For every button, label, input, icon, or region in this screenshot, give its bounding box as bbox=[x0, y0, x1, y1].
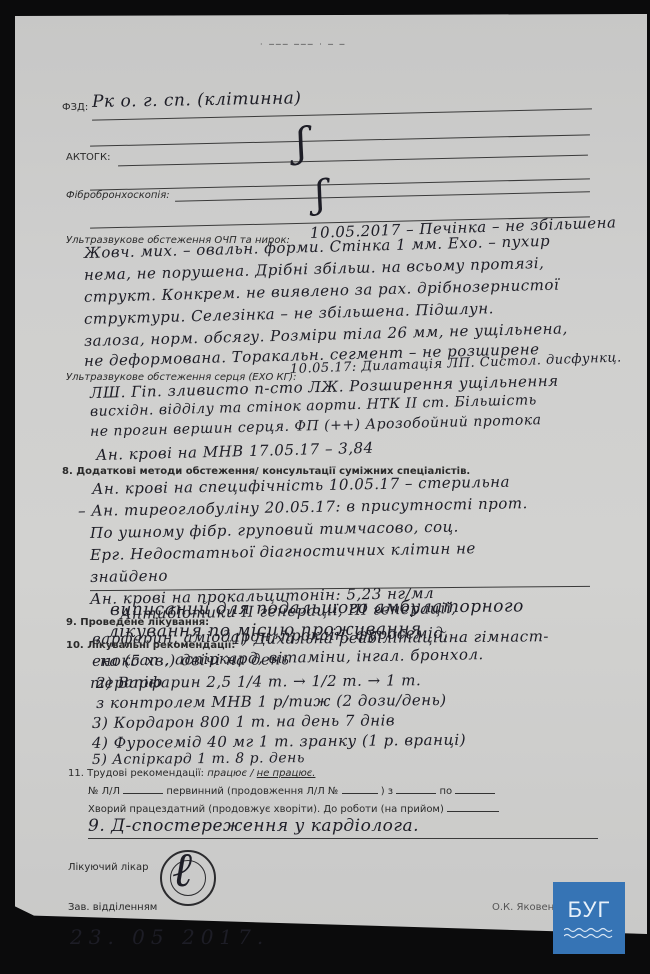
s10-line-0: 1) Дихальна реабілітаційна гімнаст- bbox=[232, 627, 549, 648]
status-line: Хворий працездатний (продовжує хворіти).… bbox=[88, 804, 499, 815]
s10-line-3: з контролем МНВ 1 р/тиж (2 дози/день) bbox=[96, 691, 447, 712]
sick-leave-line: № Л/Л первинний (продовження Л/Л № ) з п… bbox=[88, 786, 495, 797]
s11-line bbox=[88, 838, 598, 839]
doctor-label: Лікуючий лікар bbox=[68, 862, 148, 873]
top-print-remnant: · ─── ─── · ─ ─ bbox=[260, 40, 346, 49]
status-text: Хворий працездатний (продовжує хворіти).… bbox=[88, 804, 444, 815]
s10-line-1: ка (5 хв.) двічі на день bbox=[100, 650, 290, 670]
s11-handwritten: 9. Д-спостереження у кардіолога. bbox=[88, 816, 419, 836]
section-10-title: Лікувальні рекомендації: bbox=[87, 640, 235, 651]
section-11-number: 11. bbox=[68, 768, 84, 779]
ll-middle: первинний (продовження Л/Л № bbox=[166, 786, 338, 797]
s10-line-2: 2) Варфарин 2,5 1/4 т. → 1/2 т. → 1 т. bbox=[96, 671, 421, 692]
section-11-heading: 11. Трудові рекомендації: працює / не пр… bbox=[68, 768, 315, 779]
waves-icon bbox=[564, 927, 614, 939]
bug-logo-text: БУГ bbox=[568, 897, 611, 923]
date-handwritten: 23. 05 2017. bbox=[70, 925, 269, 949]
work-options: працює / bbox=[207, 768, 256, 779]
section-10-heading: 10. Лікувальні рекомендації: bbox=[66, 640, 235, 651]
fzd-value: Рк о. г. сп. (клітинна) bbox=[92, 88, 302, 112]
head-label: Зав. відділенням bbox=[68, 902, 157, 913]
fzd-label: ФЗД: bbox=[62, 102, 88, 113]
work-selected-option: не працює. bbox=[257, 768, 316, 779]
ll-to: по bbox=[439, 786, 452, 797]
section-10-number: 10. bbox=[66, 640, 84, 651]
section-9-number: 9. bbox=[66, 617, 77, 628]
bug-logo: БУГ bbox=[553, 882, 625, 954]
s9-line-5: виписаний для подальшого амбулаторного bbox=[110, 596, 524, 620]
s10-line-6: 5) Аспіркард 1 т. 8 р. день bbox=[92, 750, 305, 768]
ll-from: ) з bbox=[381, 786, 393, 797]
section-11-title: Трудові рекомендації: bbox=[87, 768, 204, 779]
s10-line-4: 3) Кордарон 800 1 т. на день 7 днів bbox=[92, 711, 395, 732]
s8-line-4: знайдено bbox=[90, 567, 168, 586]
aktogk-label: АКТОГК: bbox=[66, 152, 111, 163]
fibro-label: Фібробронхоскопія: bbox=[66, 190, 170, 201]
doctor-signature: ℓ bbox=[172, 842, 192, 898]
ll-prefix: № Л/Л bbox=[88, 786, 120, 797]
s10-line-5: 4) Фуросемід 40 мг 1 т. зранку (1 р. вра… bbox=[92, 731, 466, 752]
section-8-number: 8. bbox=[62, 466, 73, 477]
